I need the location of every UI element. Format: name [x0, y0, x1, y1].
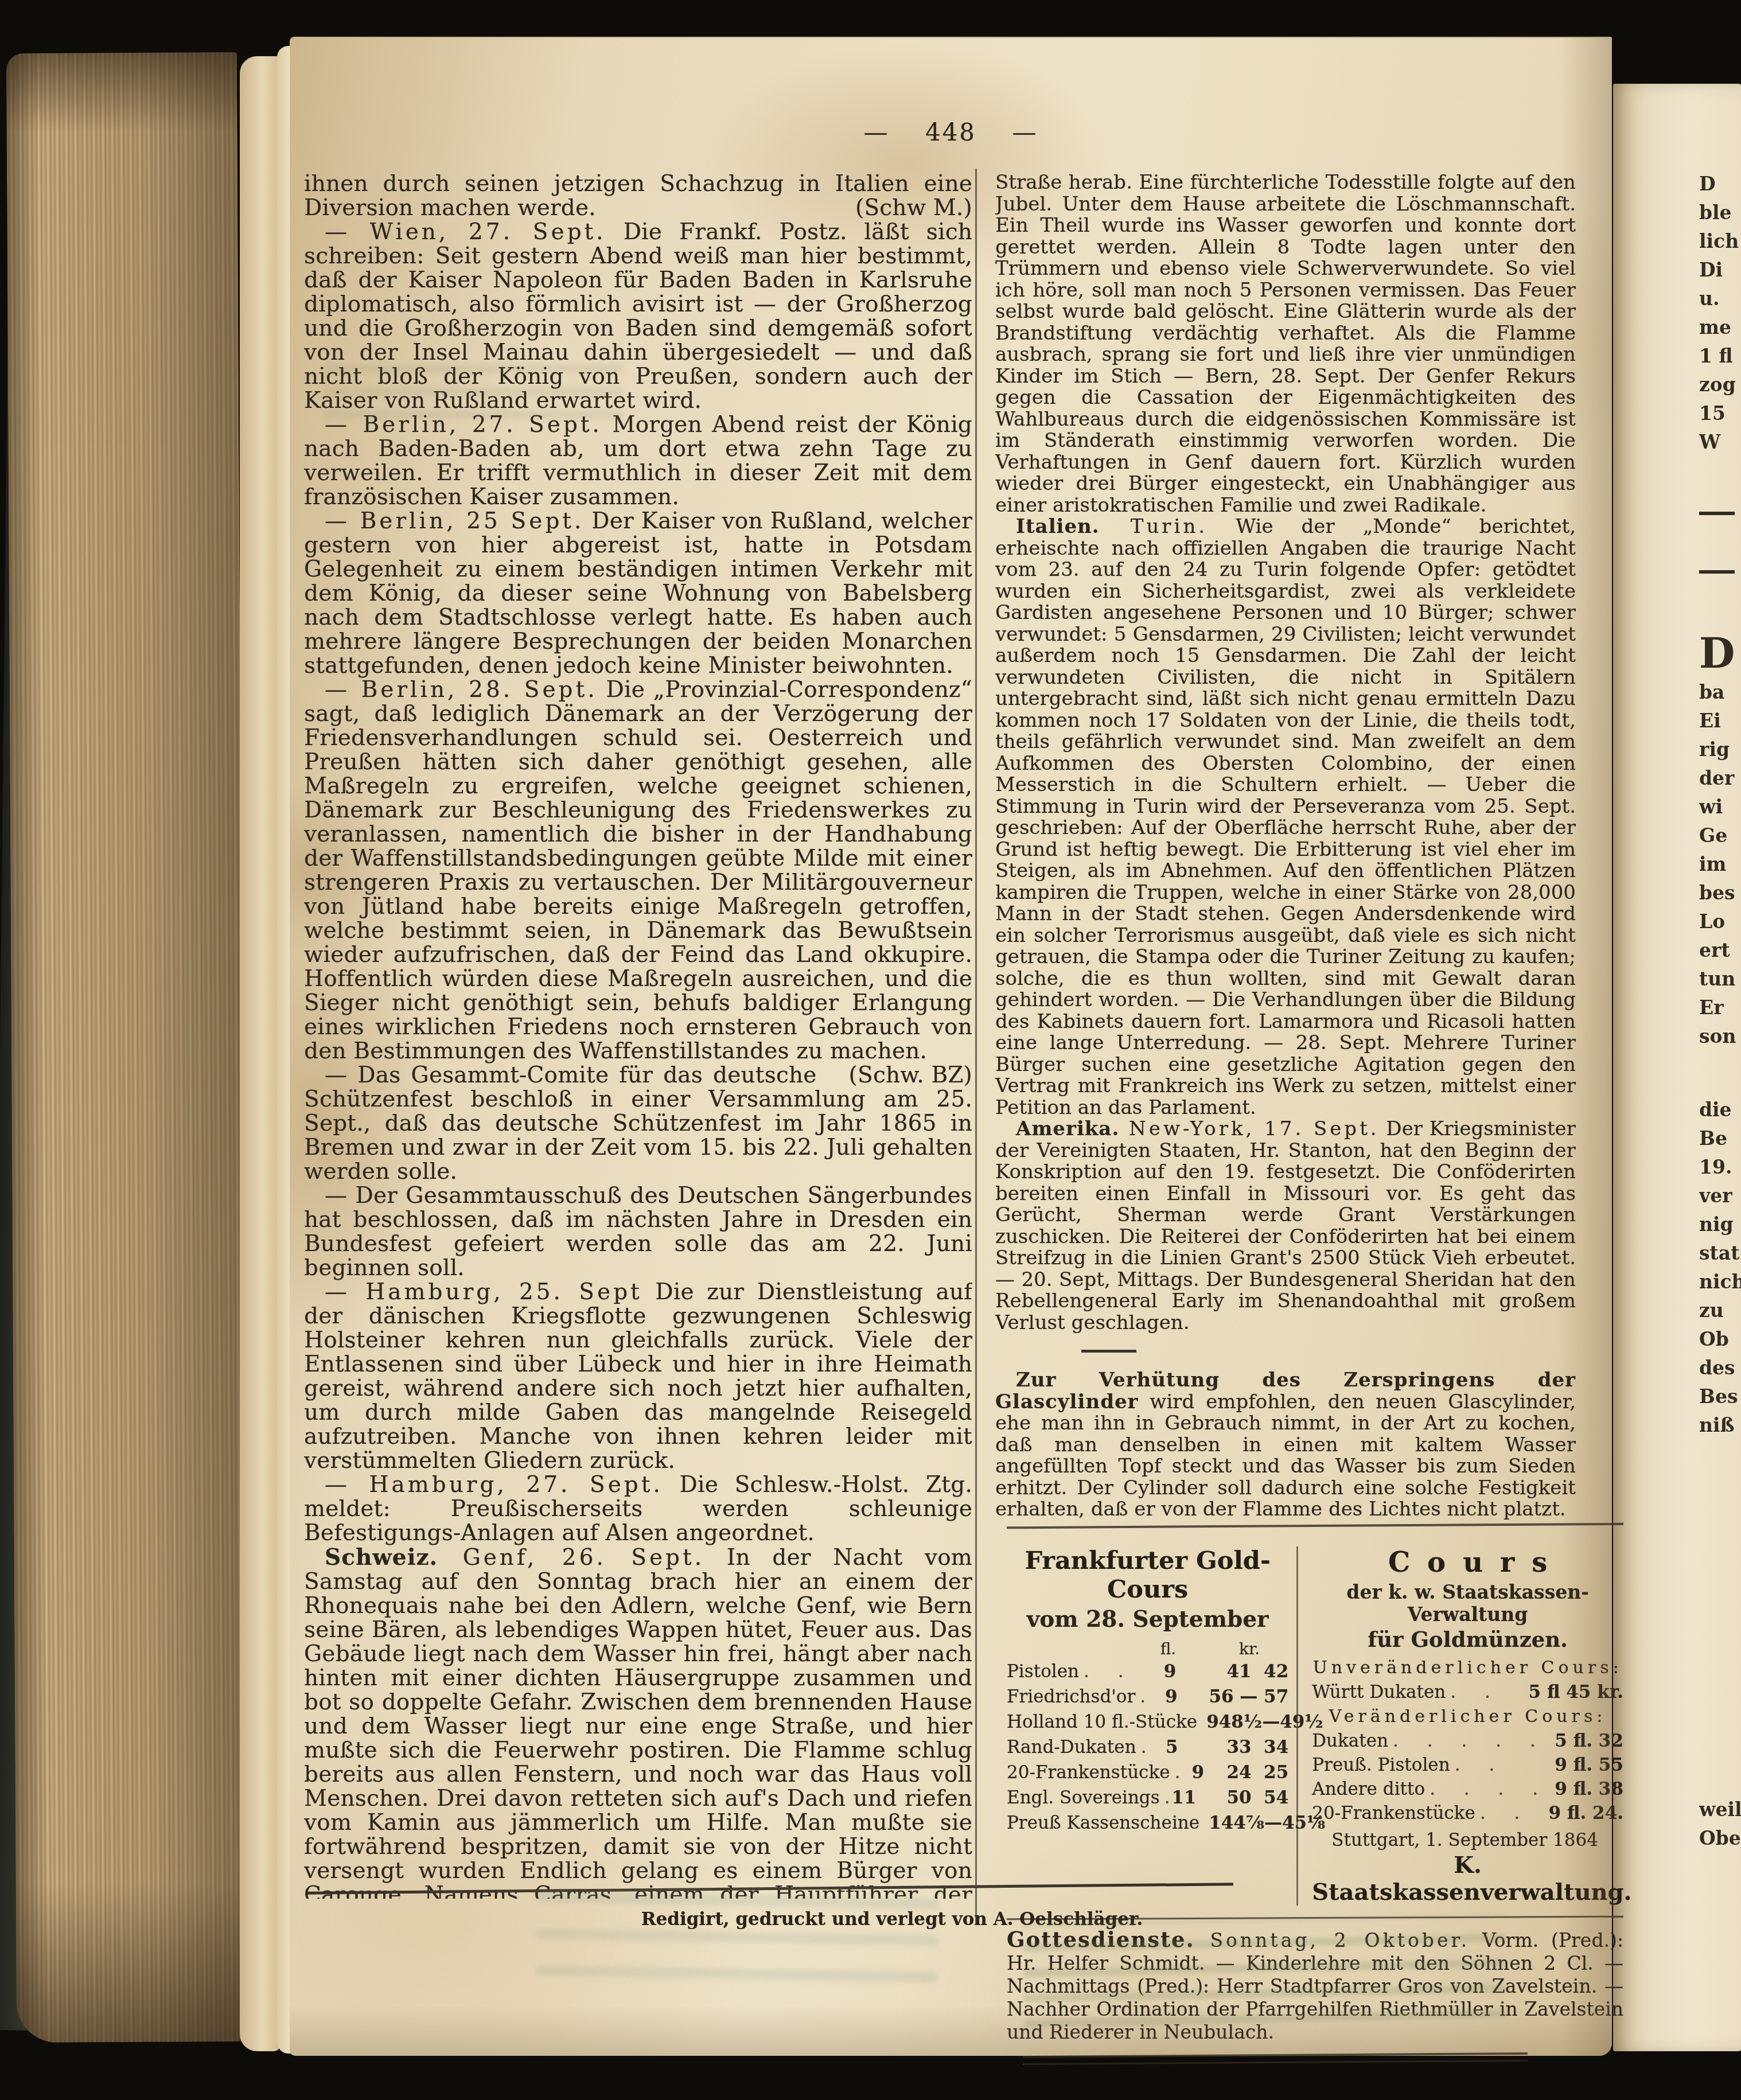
double-rule	[1023, 2052, 1528, 2065]
value-kr: 41 42	[1176, 1659, 1288, 1684]
edge-fragment: D	[1699, 170, 1741, 198]
source-credit: (Schw. BZ)	[817, 1063, 972, 1088]
edge-fragment: u.	[1699, 285, 1741, 313]
table-row: Württ Dukaten. .5 fl 45 kr.	[1312, 1680, 1623, 1704]
dateline: Turin.	[1100, 515, 1208, 538]
table-row: Preuß Kassenscheine144⅞—45⅛	[1007, 1810, 1288, 1836]
edge-fragment: wi	[1699, 793, 1741, 821]
row-label: Holland 10 fl.-Stücke	[1007, 1709, 1197, 1735]
leader-dots: . . . .	[1425, 1777, 1555, 1801]
paragraph-text: In der Nacht vom Samstag auf den Sonntag…	[304, 1545, 972, 1899]
edge-fragment: ert	[1699, 936, 1741, 965]
leader-dots: . .	[1450, 1753, 1555, 1777]
table-subtitle: für Goldmünzen.	[1312, 1627, 1623, 1652]
column-divider-rule	[975, 169, 977, 1925]
page-number: — 448 —	[290, 118, 1612, 146]
table-column-headers: fl. kr.	[1007, 1639, 1288, 1659]
news-paragraph-berlin-28: — Berlin, 28. Sept. Die „Provinzial-Corr…	[304, 678, 972, 1063]
edge-fragment: Ob	[1699, 1325, 1741, 1354]
edge-fragment: son	[1699, 1022, 1741, 1051]
news-paragraph-berlin-27: — Berlin, 27. Sept. Morgen Abend reist d…	[304, 413, 972, 509]
news-paragraph-schweiz: Schweiz. Genf, 26. Sept. In der Nacht vo…	[304, 1545, 972, 1899]
edge-fragment: Bes	[1699, 1382, 1741, 1411]
table-dateline: Stuttgart, 1. September 1864	[1312, 1830, 1623, 1850]
row-label: 20-Frankenstücke	[1312, 1801, 1475, 1825]
table-row: Rand-Dukaten. .533 34	[1007, 1735, 1288, 1760]
edge-fragment: 15	[1699, 399, 1741, 428]
news-paragraph-berlin-25: — Berlin, 25 Sept. Der Kaiser von Rußlan…	[304, 509, 972, 678]
page-stack-fore-edge	[6, 52, 247, 2043]
edge-fragment: die	[1699, 1096, 1741, 1124]
paragraph-text: Der Kaiser von Rußland, welcher gestern …	[304, 508, 972, 679]
table-row: Engl. Sovereings. .1150 54	[1007, 1785, 1288, 1810]
value-kr: 56 — 57	[1178, 1684, 1289, 1709]
edge-fragment: 1 fl	[1699, 342, 1741, 371]
value-kr: 24 25	[1204, 1760, 1288, 1785]
edge-fragment: der	[1699, 764, 1741, 793]
row-label: Preuß. Pistolen	[1312, 1753, 1450, 1777]
leader-dots: . .	[1170, 1760, 1179, 1785]
table-section-heading: Veränderlicher Cours:	[1312, 1707, 1623, 1727]
dateline: New-York, 17. Sept.	[1119, 1117, 1379, 1140]
column-header-fl: fl.	[1160, 1639, 1177, 1658]
row-label: Preuß Kassenscheine	[1007, 1810, 1199, 1836]
value-fl: 9	[1144, 1684, 1177, 1709]
table-row: Andere ditto. . . .9 fl. 38	[1312, 1777, 1623, 1801]
dateline: Genf, 26. Sept.	[438, 1545, 704, 1571]
edge-fragment: Obe	[1699, 1824, 1741, 1853]
edge-fragment: Ei	[1699, 707, 1741, 735]
news-paragraph-amerika: Amerika. New-York, 17. Sept. Der Kriegsm…	[995, 1119, 1576, 1334]
paragraph-text: Die zur Dienstleistung auf der dänischen…	[304, 1279, 972, 1474]
next-page-edge: D ble lich Di u. me 1 fl zog 15 W D ba E…	[1613, 84, 1741, 2051]
paragraph-text: Die Frankf. Postz. läßt sich schreiben: …	[304, 219, 972, 414]
news-paragraph-hamburg-27: — Hamburg, 27. Sept. Die Schlesw.-Holst.…	[304, 1473, 972, 1545]
leader-dots: . .	[1136, 1735, 1146, 1760]
row-label: 20-Frankenstücke	[1007, 1760, 1170, 1785]
table-subtitle: der k. w. Staatskassen-Verwaltung	[1312, 1581, 1623, 1626]
market-and-services-block: Frankfurter Gold-Cours vom 28. September…	[1007, 1525, 1623, 2063]
dateline: — Berlin, 28. Sept.	[325, 677, 598, 703]
edge-fragment: Er	[1699, 993, 1741, 1022]
leader-dots: . .	[1446, 1680, 1528, 1704]
row-label: Andere ditto	[1312, 1777, 1425, 1801]
edge-fragment: im	[1699, 850, 1741, 879]
edge-fragment: lich	[1699, 227, 1741, 256]
edge-fragment: zog	[1699, 371, 1741, 399]
edge-fragment: ble	[1699, 198, 1741, 227]
table-row: 20-Frankenstücke. . .9 fl. 24.	[1312, 1801, 1623, 1825]
edge-rule-fragment	[1699, 570, 1735, 574]
leader-dots: . . .	[1475, 1801, 1549, 1825]
row-value: 5 fl 45 kr.	[1529, 1680, 1623, 1704]
news-paragraph: ihnen durch seinen jetzigen Schachzug in…	[304, 172, 972, 220]
right-column: Straße herab. Eine fürchterliche Todesst…	[995, 172, 1576, 1532]
row-label: Dukaten	[1312, 1729, 1388, 1753]
news-paragraph-italien: Italien. Turin. Wie der „Monde“ berichte…	[995, 516, 1576, 1119]
edge-fragment: stat	[1699, 1239, 1741, 1268]
notice-heading: Gottesdienste.	[1007, 1927, 1195, 1952]
dateline: —	[325, 1183, 347, 1209]
row-label: Rand-Dukaten	[1007, 1735, 1136, 1760]
notice-date: Sonntag, 2 Oktober.	[1195, 1929, 1470, 1951]
table-row: Friedrichsd'or. . .956 — 57	[1007, 1684, 1288, 1709]
table-row: Pistolen. . . .941 42	[1007, 1659, 1288, 1684]
value-kr: 33 34	[1178, 1735, 1289, 1760]
staatskassen-cours-table: Cours der k. w. Staatskassen-Verwaltung …	[1296, 1546, 1623, 1906]
news-paragraph-wien: — Wien, 27. Sept. Die Frankf. Postz. läß…	[304, 220, 972, 413]
value-fl: 11	[1169, 1785, 1197, 1810]
news-paragraph-continuation: Straße herab. Eine fürchterliche Todesst…	[995, 172, 1576, 516]
table-title: Cours	[1312, 1546, 1623, 1579]
news-paragraph-saengerbund: — Der Gesammtausschuß des Deutschen Säng…	[304, 1184, 972, 1280]
household-tip-paragraph: Zur Verhütung des Zerspringens der Glasc…	[995, 1370, 1576, 1521]
edge-fragment: Be	[1699, 1124, 1741, 1153]
row-label: Württ Dukaten	[1312, 1680, 1446, 1704]
edge-fragment: ver	[1699, 1182, 1741, 1210]
edge-fragment: zu	[1699, 1296, 1741, 1325]
edge-fragment: nich	[1699, 1268, 1741, 1296]
edge-fragment: Ge	[1699, 821, 1741, 850]
row-value: 5 fl. 32	[1555, 1729, 1623, 1753]
page-curl	[240, 56, 280, 2051]
table-row: Preuß. Pistolen. .9 fl. 55	[1312, 1753, 1623, 1777]
edge-fragment: ba	[1699, 678, 1741, 707]
next-page-text-fragments: D ble lich Di u. me 1 fl zog 15 W D ba E…	[1699, 170, 1741, 2028]
edge-fragment: tun	[1699, 965, 1741, 993]
paragraph-text: Der Kriegsminister der Vereinigten Staat…	[995, 1117, 1576, 1334]
value-fl: 1	[1209, 1810, 1221, 1836]
source-credit: (Schw M.)	[844, 196, 972, 220]
edge-fragment: rig	[1699, 735, 1741, 764]
leader-dots: . .	[1160, 1785, 1169, 1810]
table-row: Dukaten. . . . .5 fl. 32	[1312, 1729, 1623, 1753]
value-fl: 9	[1179, 1760, 1205, 1785]
section-heading: Amerika.	[1016, 1117, 1119, 1140]
section-separator-rule	[1081, 1350, 1136, 1353]
value-fl: 9	[1143, 1659, 1176, 1684]
edge-fragment: W	[1699, 428, 1741, 457]
church-services-notice: Gottesdienste. Sonntag, 2 Oktober. Vorm.…	[1007, 1928, 1623, 2044]
paragraph-text: Wie der „Monde“ berichtet, erheischte na…	[995, 515, 1576, 1119]
row-value: 9 fl. 55	[1555, 1753, 1623, 1777]
leader-dots: . . . . .	[1388, 1729, 1555, 1753]
table-row: Holland 10 fl.-Stücke948½—49½	[1007, 1709, 1288, 1735]
price-tables: Frankfurter Gold-Cours vom 28. September…	[1007, 1546, 1623, 1906]
paragraph-text: Straße herab. Eine fürchterliche Todesst…	[995, 172, 1576, 517]
newspaper-page: — 448 — ihnen durch seinen jetzigen Scha…	[290, 37, 1612, 2056]
edge-fragment: 19.	[1699, 1153, 1741, 1182]
table-section-heading: Unveränderlicher Cours:	[1312, 1658, 1623, 1678]
imprint-line: Redigirt, gedruckt und verlegt von A. Oe…	[376, 1909, 1408, 1930]
dateline: —	[325, 1062, 347, 1088]
dateline: — Wien, 27. Sept.	[325, 219, 606, 245]
leader-dots: . . .	[1135, 1684, 1144, 1709]
table-row: 20-Frankenstücke. .924 25	[1007, 1760, 1288, 1785]
value-fl: 9	[1206, 1709, 1219, 1735]
value-fl: 5	[1146, 1735, 1178, 1760]
paragraph-text: Die „Provinzial-Correspondenz“ sagt, daß…	[304, 677, 972, 1064]
row-label: Friedrichsd'or	[1007, 1684, 1135, 1709]
row-value: 9 fl. 24.	[1549, 1801, 1623, 1825]
book-photograph: D ble lich Di u. me 1 fl zog 15 W D ba E…	[0, 0, 1741, 2100]
dateline: — Berlin, 27. Sept.	[325, 412, 602, 438]
table-title: Frankfurter Gold-Cours	[1007, 1546, 1288, 1604]
dateline: — Hamburg, 27. Sept.	[325, 1472, 663, 1498]
edge-fragment: Di	[1699, 256, 1741, 285]
edge-fragment: niß	[1699, 1411, 1741, 1440]
frankfurt-gold-cours-table: Frankfurter Gold-Cours vom 28. September…	[1007, 1546, 1296, 1906]
row-label: Engl. Sovereings	[1007, 1785, 1160, 1810]
left-column: ihnen durch seinen jetzigen Schachzug in…	[304, 172, 972, 1899]
row-label: Pistolen	[1007, 1659, 1079, 1684]
column-header-kr: kr.	[1239, 1639, 1260, 1658]
table-subtitle: vom 28. September	[1007, 1606, 1288, 1633]
section-heading: Italien.	[1016, 515, 1100, 538]
edge-fragment: Lo	[1699, 907, 1741, 936]
edge-fragment: me	[1699, 313, 1741, 342]
table-signature: K. Staatskassenverwaltung.	[1312, 1852, 1623, 1906]
edge-fragment: weil	[1699, 1795, 1741, 1824]
edge-rule-fragment	[1699, 512, 1735, 515]
edge-fragment: nig	[1699, 1210, 1741, 1239]
dateline: — Berlin, 25 Sept.	[325, 508, 584, 534]
edge-fragment: des	[1699, 1354, 1741, 1382]
row-value: 9 fl. 38	[1555, 1777, 1623, 1801]
dateline: — Hamburg, 25. Sept	[325, 1279, 642, 1305]
section-heading: Schweiz.	[325, 1544, 438, 1571]
edge-initial-letter: D	[1699, 629, 1741, 678]
paragraph-text: Der Gesammtausschuß des Deutschen Sänger…	[304, 1183, 972, 1281]
edge-fragment: bes	[1699, 879, 1741, 907]
value-kr: 50 54	[1196, 1785, 1288, 1810]
leader-dots: . . . .	[1079, 1659, 1143, 1684]
news-paragraph-hamburg-25: — Hamburg, 25. Sept Die zur Dienstleistu…	[304, 1280, 972, 1473]
